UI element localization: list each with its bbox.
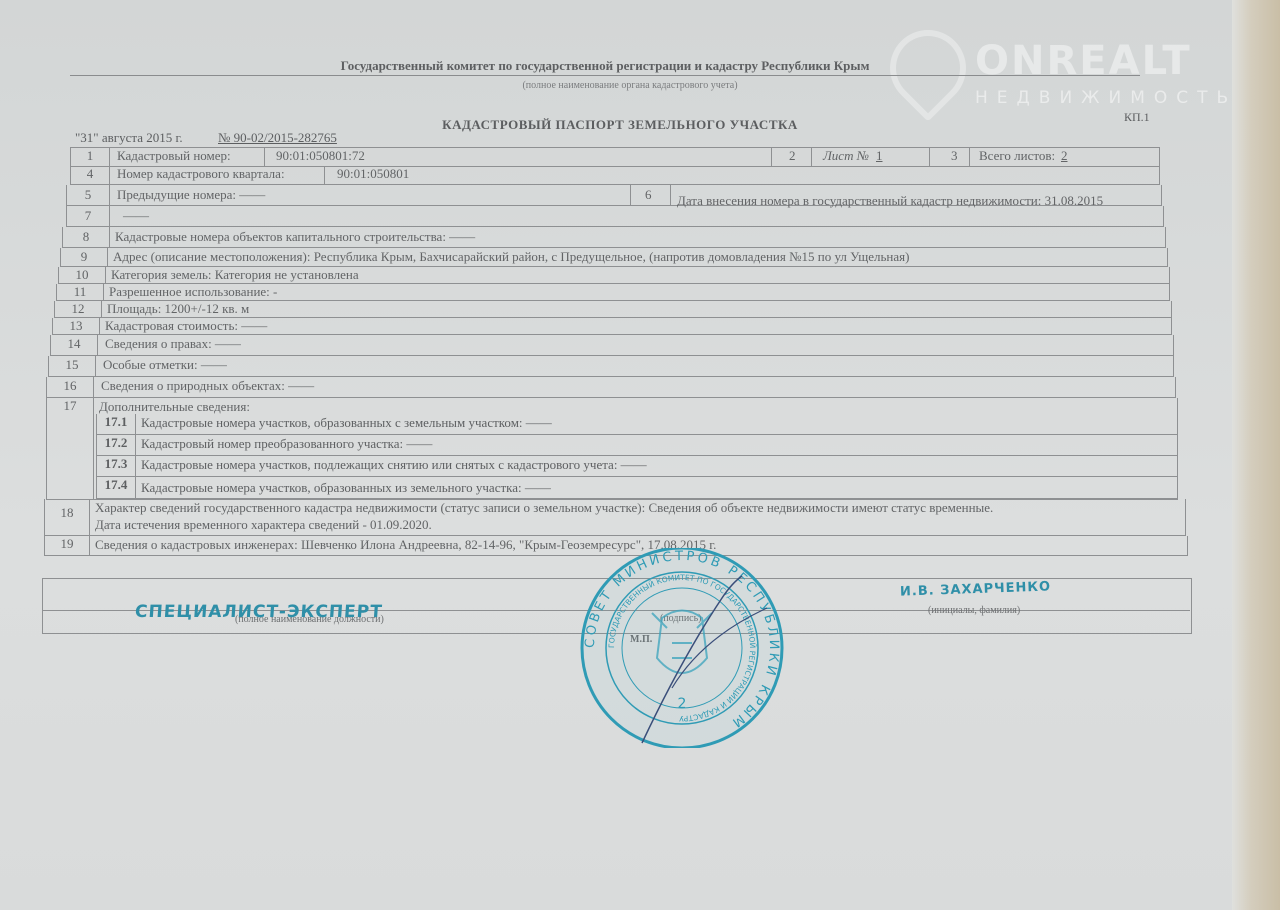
address: Адрес (описание местоположения): Республ… xyxy=(113,249,909,265)
row-text: —— xyxy=(123,208,149,224)
row-text: Кадастровые номера участков, образованны… xyxy=(141,415,552,431)
background-edge xyxy=(1232,0,1280,910)
cadastral-number: 90:01:050801:72 xyxy=(276,148,365,164)
document-title: КАДАСТРОВЫЙ ПАСПОРТ ЗЕМЕЛЬНОГО УЧАСТКА xyxy=(300,117,940,133)
name-caption: (инициалы, фамилия) xyxy=(928,605,1020,616)
row-number: 5 xyxy=(67,185,110,205)
table-row-16: 16 Сведения о природных объектах: —— xyxy=(46,377,1176,398)
row-number: 17 xyxy=(47,398,94,499)
table-row-17-1: 17.1 Кадастровые номера участков, образо… xyxy=(96,414,1178,435)
area: Площадь: 1200+/-12 кв. м xyxy=(107,301,249,317)
record-status: Характер сведений государственного кадас… xyxy=(95,500,993,516)
row-number: 18 xyxy=(45,499,90,535)
document-number: № 90-02/2015-282765 xyxy=(218,130,337,146)
row-number: 7 xyxy=(67,206,110,226)
cadastral-value: Кадастровая стоимость: —— xyxy=(105,318,267,334)
table-row-12: 12 Площадь: 1200+/-12 кв. м xyxy=(54,301,1172,318)
form-code: КП.1 xyxy=(1124,110,1150,125)
row-number: 16 xyxy=(47,377,94,397)
table-row-9: 9 Адрес (описание местоположения): Респу… xyxy=(60,248,1168,267)
row-label: Номер кадастрового квартала: xyxy=(117,166,285,182)
cell-divider xyxy=(929,148,930,166)
permitted-use: Разрешенное использование: - xyxy=(109,284,277,300)
row-number: 11 xyxy=(57,284,104,300)
special-notes: Особые отметки: —— xyxy=(103,357,227,373)
position-stamp: СПЕЦИАЛИСТ-ЭКСПЕРТ xyxy=(134,602,383,622)
table-row-1: 1 Кадастровый номер: 90:01:050801:72 2 Л… xyxy=(70,147,1160,167)
document-date: "31" августа 2015 г. xyxy=(75,130,183,146)
row-number: 17.1 xyxy=(97,414,136,434)
organization-name: Государственный комитет по государственн… xyxy=(70,58,1140,76)
capital-objects: Кадастровые номера объектов капитального… xyxy=(115,229,475,245)
organization-caption: (полное наименование органа кадастрового… xyxy=(300,80,960,91)
row-number: 19 xyxy=(45,536,90,555)
table-row-7: 7 —— xyxy=(66,206,1164,227)
table-row-15: 15 Особые отметки: —— xyxy=(48,356,1174,377)
row-number: 12 xyxy=(55,301,102,317)
table-row-5-6: 5 Предыдущие номера: —— 6 Дата внесения … xyxy=(66,185,1162,206)
row-number: 17.4 xyxy=(97,477,136,498)
row-number: 2 xyxy=(789,148,796,164)
table-row-17-4: 17.4 Кадастровые номера участков, образо… xyxy=(96,477,1178,499)
previous-numbers: Предыдущие номера: —— xyxy=(117,187,265,203)
row-text: Кадастровые номера участков, образованны… xyxy=(141,480,551,496)
row-number: 10 xyxy=(59,267,106,283)
row-label: Кадастровый номер: xyxy=(117,148,231,164)
seal-number: 2 xyxy=(678,696,687,712)
watermark-subtitle: НЕДВИЖИМОСТЬ xyxy=(975,88,1237,108)
cell-divider xyxy=(630,185,631,205)
cell-divider xyxy=(324,166,325,184)
row-number: 17.2 xyxy=(97,435,136,455)
land-category: Категория земель: Категория не установле… xyxy=(111,267,359,283)
rights-info: Сведения о правах: —— xyxy=(105,336,241,352)
sheet-number: 1 xyxy=(876,148,883,164)
row-number: 9 xyxy=(61,248,108,266)
natural-objects: Сведения о природных объектах: —— xyxy=(101,378,314,394)
row-number: 3 xyxy=(951,148,958,164)
row-text: Кадастровый номер преобразованного участ… xyxy=(141,436,432,452)
total-sheets-label: Всего листов: xyxy=(979,148,1055,164)
row-number: 15 xyxy=(49,356,96,376)
table-row-13: 13 Кадастровая стоимость: —— xyxy=(52,318,1172,335)
cadastral-quarter: 90:01:050801 xyxy=(337,166,409,182)
row-number: 13 xyxy=(53,318,100,334)
table-row-8: 8 Кадастровые номера объектов капитально… xyxy=(62,227,1166,248)
cell-divider xyxy=(771,148,772,166)
row-number: 4 xyxy=(71,166,110,184)
table-row-18: 18 Характер сведений государственного ка… xyxy=(44,499,1186,536)
table-row-17-3: 17.3 Кадастровые номера участков, подлеж… xyxy=(96,456,1178,477)
table-row-4: 4 Номер кадастрового квартала: 90:01:050… xyxy=(70,166,1160,185)
official-seal-icon: СОВЕТ МИНИСТРОВ РЕСПУБЛИКИ КРЫМ ГОСУДАРС… xyxy=(572,548,792,748)
cell-divider xyxy=(264,148,265,166)
row-number: 17.3 xyxy=(97,456,136,476)
row-text: Кадастровые номера участков, подлежащих … xyxy=(141,457,647,473)
row-number: 6 xyxy=(645,187,652,203)
row-number: 14 xyxy=(51,335,98,355)
cell-divider xyxy=(969,148,970,166)
table-row-11: 11 Разрешенное использование: - xyxy=(56,284,1170,301)
total-sheets-value: 2 xyxy=(1061,148,1068,164)
table-row-17-2: 17.2 Кадастровый номер преобразованного … xyxy=(96,435,1178,456)
cell-divider xyxy=(811,148,812,166)
sheet-label: Лист № xyxy=(823,148,869,164)
additional-info: Дополнительные сведения: xyxy=(99,399,250,415)
cell-divider xyxy=(670,185,671,205)
expiry-date: Дата истечения временного характера свед… xyxy=(95,517,432,533)
row-number: 1 xyxy=(71,148,110,166)
row-number: 8 xyxy=(63,227,110,247)
table-row-14: 14 Сведения о правах: —— xyxy=(50,335,1174,356)
table-row-10: 10 Категория земель: Категория не устано… xyxy=(58,267,1170,284)
